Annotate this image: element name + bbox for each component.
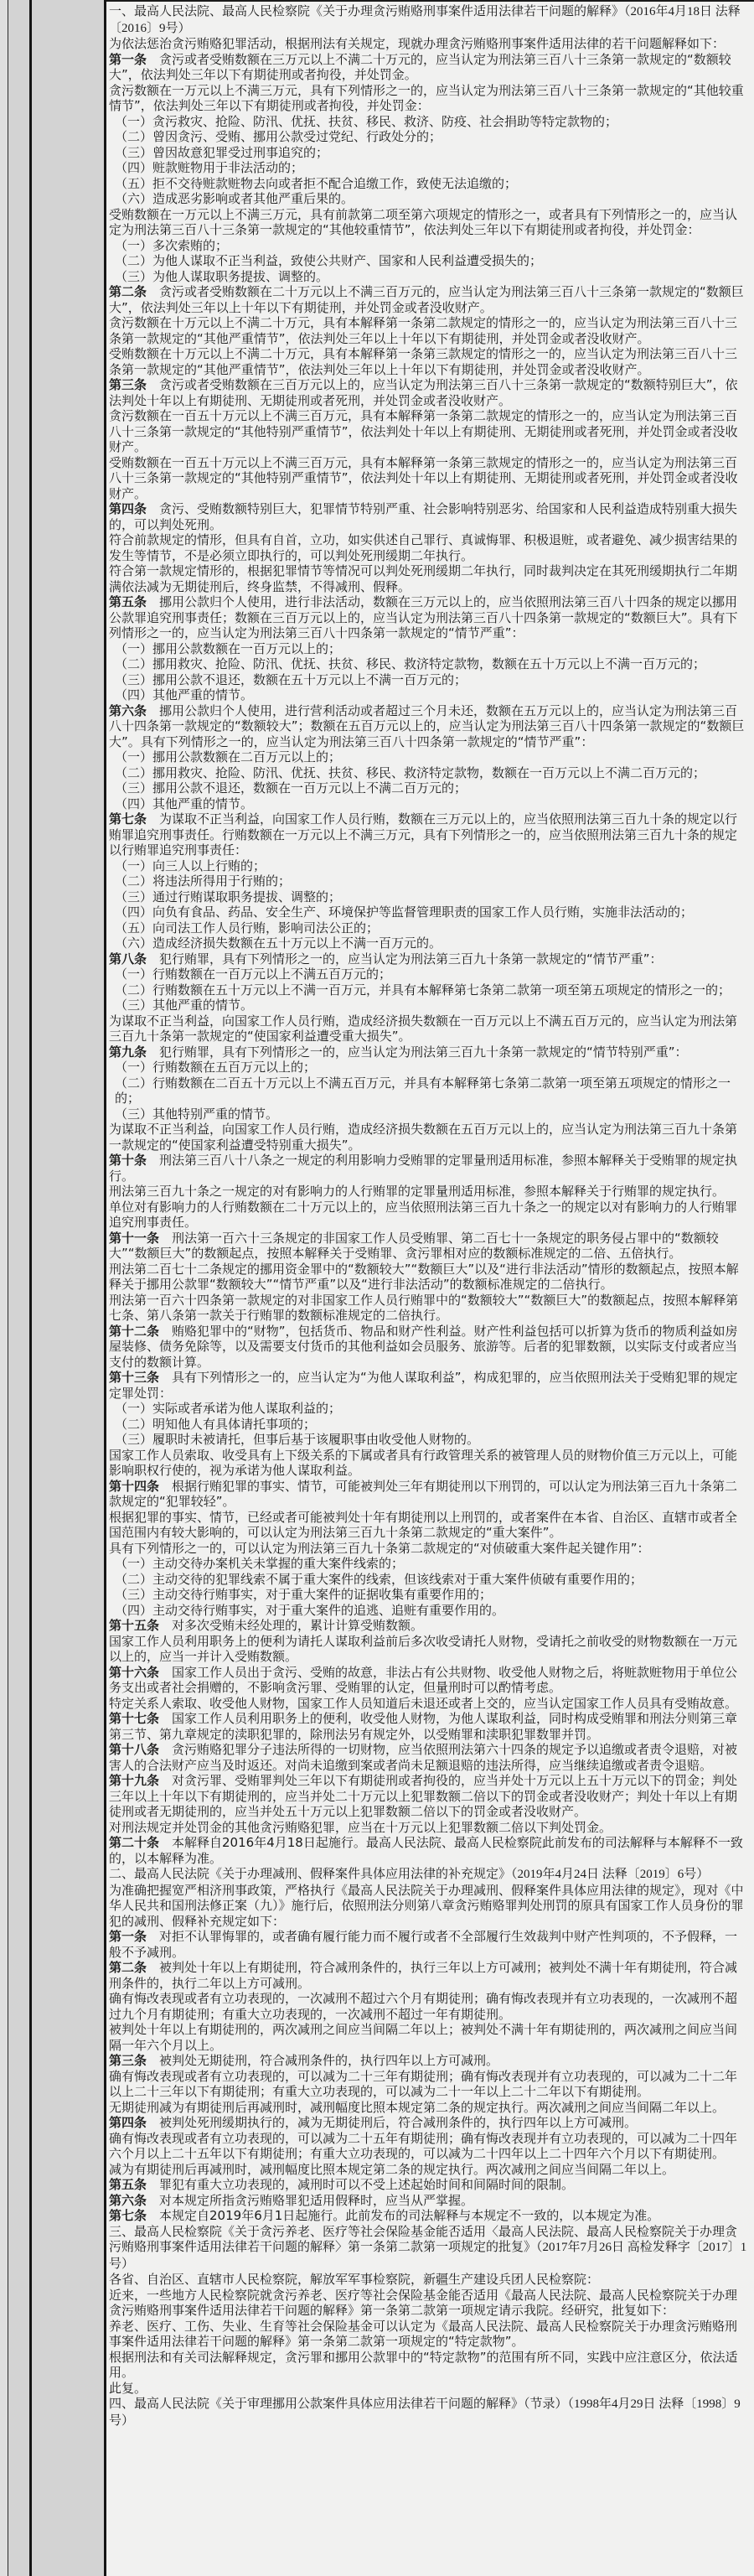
paragraph: 受贿数额在十万元以上不满二十万元，具有本解释第一条第三款规定的情形之一的，应当认… bbox=[109, 346, 747, 377]
article-paragraph: 第十二条 贿赂犯罪中的“财物”，包括货币、物品和财产性利益。财产性利益包括可以折… bbox=[109, 1324, 747, 1371]
article-number: 第一条 bbox=[109, 52, 147, 67]
article-paragraph: 第十三条 具有下列情形之一的，应当认定为“为他人谋取利益”，构成犯罪的，应当依照… bbox=[109, 1370, 747, 1401]
paragraph: 为谋取不正当利益，向国家工作人员行贿，造成经济损失数额在一百万元以上不满五百万元… bbox=[109, 1013, 747, 1044]
list-item: （三）主动交待行贿事实，对于重大案件的证据收集有重要作用的； bbox=[109, 1587, 747, 1603]
section-date: （2019年4月24日 法释〔2019〕6号） bbox=[511, 1868, 709, 1881]
article-paragraph: 第十六条 国家工作人员出于贪污、受贿的故意，非法占有公共财物、收受他人财物之后，… bbox=[109, 1665, 747, 1696]
article-number: 第六条 bbox=[109, 703, 147, 718]
paragraph: 无期徒刑减为有期徒刑后再减刑时，减刑幅度比照本规定第二条的规定执行。两次减刑之间… bbox=[109, 2100, 747, 2116]
paragraph: 贪污数额在一万元以上不满三万元，具有下列情形之一的，应当认定为刑法第三百八十三条… bbox=[109, 83, 747, 114]
article-number: 第十三条 bbox=[109, 1370, 159, 1385]
list-item: （四）赃款赃物用于非法活动的； bbox=[109, 160, 747, 176]
article-paragraph: 第二十条 本解释自2016年4月18日起施行。最高人民法院、最高人民检察院此前发… bbox=[109, 1835, 747, 1866]
article-number: 第九条 bbox=[109, 1044, 147, 1060]
section-heading: 三、最高人民检察院《关于贪污养老、医疗等社会保险基金能否适用〈最高人民法院、最高… bbox=[109, 2224, 747, 2273]
paragraph: 为准确把握宽严相济刑事政策，严格执行《最高人民法院关于办理减刑、假释案件具体应用… bbox=[109, 1883, 747, 1930]
paragraph: 刑法第二百七十二条规定的挪用资金罪中的“数额较大”“数额巨大”以及“进行非法活动… bbox=[109, 1262, 747, 1293]
article-number: 第二十条 bbox=[109, 1835, 159, 1850]
list-item: （一）多次索贿的； bbox=[109, 238, 747, 254]
table-cell-empty-2 bbox=[32, 0, 106, 2576]
article-paragraph: 第十七条 国家工作人员利用职务上的便利，收受他人财物，为他人谋取利益，同时构成受… bbox=[109, 1711, 747, 1742]
article-number: 第五条 bbox=[109, 2177, 147, 2192]
section-title: 四、最高人民法院《关于审理挪用公款案件具体应用法律若干问题的解释》（节录） bbox=[109, 2396, 568, 2411]
list-item: （四）其他严重的情节。 bbox=[109, 796, 747, 812]
list-item: （二）为他人谋取不正当利益，致使公共财产、国家和人民利益遭受损失的； bbox=[109, 253, 747, 269]
list-item: （三）挪用公款不退还，数额在五十万元以上不满一百万元的； bbox=[109, 672, 747, 688]
article-number: 第十六条 bbox=[109, 1665, 159, 1680]
article-number: 第七条 bbox=[109, 2208, 147, 2223]
paragraph: 确有悔改表现或者有立功表现的，可以减为二十五年有期徒刑；确有悔改表现并有立功表现… bbox=[109, 2131, 747, 2162]
list-item: （六）造成恶劣影响或者其他严重后果的。 bbox=[109, 191, 747, 207]
paragraph: 符合前款规定的情形，但具有自首，立功，如实供述自己罪行、真诚悔罪、积极退赃，或者… bbox=[109, 532, 747, 563]
section-title: 二、最高人民法院《关于办理减刑、假释案件具体应用法律的补充规定》 bbox=[109, 1866, 511, 1881]
paragraph: 受贿数额在一百五十万元以上不满三百万元，具有本解释第一条第三款规定的情形之一的，… bbox=[109, 455, 747, 502]
article-paragraph: 第二条 贪污或者受贿数额在二十万元以上不满三百万元的，应当认定为刑法第三百八十三… bbox=[109, 284, 747, 315]
article-number: 第七条 bbox=[109, 811, 147, 827]
paragraph: 确有悔改表现或者有立功表现的，可以减为二十三年有期徒刑；确有悔改表现并有立功表现… bbox=[109, 2069, 747, 2100]
article-paragraph: 第十九条 对贪污罪、受贿罪判处三年以下有期徒刑或者拘役的，应当并处十万元以上五十… bbox=[109, 1773, 747, 1820]
article-paragraph: 第四条 贪污、受贿数额特别巨大，犯罪情节特别严重、社会影响特别恶劣、给国家和人民… bbox=[109, 501, 747, 532]
article-number: 第三条 bbox=[109, 377, 147, 392]
article-paragraph: 第六条 挪用公款归个人使用，进行营利活动或者超过三个月未还，数额在五万元以上的，… bbox=[109, 703, 747, 750]
article-number: 第十五条 bbox=[109, 1618, 159, 1633]
paragraph: 养老、医疗、工伤、失业、生育等社会保险基金可以认定为《最高人民法院、最高人民检察… bbox=[109, 2319, 747, 2350]
paragraph: 具有下列情形之一的，可以认定为刑法第三百九十条第二款规定的“对侦破重大案件起关键… bbox=[109, 1541, 747, 1557]
list-item: （六）造成经济损失数额在五十万元以上不满一百万元的。 bbox=[109, 936, 747, 951]
paragraph: 刑法第三百九十条之一规定的对有影响力的人行贿罪的定罪量刑适用标准，参照本解释关于… bbox=[109, 1184, 747, 1200]
paragraph: 受贿数额在一万元以上不满三万元，具有前款第二项至第六项规定的情形之一，或者具有下… bbox=[109, 207, 747, 238]
list-item: （三）履职时未被请托，但事后基于该履职事由收受他人财物的。 bbox=[109, 1432, 747, 1448]
article-number: 第十二条 bbox=[109, 1324, 159, 1339]
article-number: 第二条 bbox=[109, 284, 147, 299]
article-paragraph: 第七条 本规定自2019年6月1日起施行。此前发布的司法解释与本规定不一致的，以… bbox=[109, 2208, 747, 2224]
article-paragraph: 第一条 对拒不认罪悔罪的，或者确有履行能力而不履行或者不全部履行生效裁判中财产性… bbox=[109, 1929, 747, 1960]
article-number: 第十八条 bbox=[109, 1742, 159, 1757]
article-number: 第十四条 bbox=[109, 1479, 159, 1494]
list-item: （一）挪用公款数额在一百万元以上的； bbox=[109, 641, 747, 657]
article-number: 第四条 bbox=[109, 2115, 147, 2130]
list-item: （一）行贿数额在一百万元以上不满五百万元的； bbox=[109, 967, 747, 982]
article-number: 第二条 bbox=[109, 1960, 147, 1975]
article-number: 第三条 bbox=[109, 2053, 147, 2068]
table-cell-margin bbox=[0, 0, 8, 2576]
list-item: （一）挪用公款数额在二百万元以上的； bbox=[109, 749, 747, 765]
list-item: （二）主动交待的犯罪线索不属于重大案件的线索，但该线索对于重大案件侦破有重要作用… bbox=[109, 1572, 747, 1588]
article-number: 第八条 bbox=[109, 951, 147, 967]
list-item: （三）挪用公款不退还，数额在一百万元以上不满二百万元的； bbox=[109, 780, 747, 796]
list-item: （一）行贿数额在五百万元以上的； bbox=[109, 1060, 747, 1075]
list-item: （四）向负有食品、药品、安全生产、环境保护等监督管理职责的国家工作人员行贿，实施… bbox=[109, 904, 747, 920]
article-paragraph: 第二条 被判处十年以上有期徒刑，符合减刑条件的，执行三年以上方可减刑；被判处不满… bbox=[109, 1960, 747, 1991]
paragraph: 对刑法规定并处罚金的其他贪污贿赂犯罪，应当在十万元以上犯罪数额二倍以下判处罚金。 bbox=[109, 1820, 747, 1836]
list-item: （三）其他特别严重的情节。 bbox=[109, 1107, 747, 1122]
paragraph: 被判处十年以上有期徒刑的，两次减刑之间应当间隔二年以上；被判处不满十年有期徒刑的… bbox=[109, 2022, 747, 2053]
list-item: （三）其他严重的情节。 bbox=[109, 998, 747, 1013]
article-paragraph: 第十四条 根据行贿犯罪的事实、情节，可能被判处三年有期徒刑以下刑罚的，可以认定为… bbox=[109, 1479, 747, 1510]
paragraph: 为谋取不正当利益，向国家工作人员行贿，造成经济损失数额在五百万元以上的，应当认定… bbox=[109, 1122, 747, 1153]
paragraph: 贪污数额在一百五十万元以上不满三百万元，具有本解释第一条第二款规定的情形之一的，… bbox=[109, 408, 747, 455]
paragraph: 刑法第一百六十四条第一款规定的对非国家工作人员行贿罪中的“数额较大”“数额巨大”… bbox=[109, 1293, 747, 1324]
list-item: （四）其他严重的情节。 bbox=[109, 687, 747, 703]
paragraph: 此复。 bbox=[109, 2381, 747, 2397]
paragraph: 为依法惩治贪污贿赂犯罪活动，根据刑法有关规定，现就办理贪污贿赂刑事案件适用法律的… bbox=[109, 36, 747, 52]
article-paragraph: 第七条 为谋取不正当利益，向国家工作人员行贿，数额在三万元以上的，应当依照刑法第… bbox=[109, 811, 747, 858]
article-paragraph: 第四条 被判处死刑缓期执行的，减为无期徒刑后，符合减刑条件的，执行四年以上方可减… bbox=[109, 2115, 747, 2131]
table-cell-content: 一、最高人民法院、最高人民检察院《关于办理贪污贿赂刑事案件适用法律若干问题的解释… bbox=[106, 0, 754, 2576]
list-item: （二）行贿数额在二百五十万元以上不满五百万元，并具有本解释第七条第二款第一项至第… bbox=[109, 1075, 747, 1107]
list-item: （一）贪污救灾、抢险、防汛、优抚、扶贫、移民、救济、防疫、社会捐助等特定款物的； bbox=[109, 114, 747, 130]
article-paragraph: 第九条 犯行贿罪，具有下列情形之一的，应当认定为刑法第三百九十条第一款规定的“情… bbox=[109, 1044, 747, 1060]
list-item: （五）向司法工作人员行贿，影响司法公正的； bbox=[109, 920, 747, 936]
list-item: （二）挪用救灾、抢险、防汛、优抚、扶贫、移民、救济特定款物，数额在一百万元以上不… bbox=[109, 765, 747, 781]
article-paragraph: 第三条 贪污或者受贿数额在三百万元以上的，应当认定为刑法第三百八十三条第一款规定… bbox=[109, 377, 747, 408]
article-paragraph: 第六条 对本规定所指贪污贿赂罪犯适用假释时，应当从严掌握。 bbox=[109, 2193, 747, 2209]
paragraph: 减为有期徒刑后再减刑时，减刑幅度比照本规定第二条的规定执行。两次减刑之间应当间隔… bbox=[109, 2162, 747, 2178]
list-item: （四）主动交待行贿事实，对于重大案件的追逃、追赃有重要作用的。 bbox=[109, 1603, 747, 1619]
list-item: （二）行贿数额在五十万元以上不满一百万元，并具有本解释第七条第二款第一项至第五项… bbox=[109, 982, 747, 998]
article-paragraph: 第十八条 贪污贿赂犯罪分子违法所得的一切财物，应当依照刑法第六十四条的规定予以追… bbox=[109, 1742, 747, 1773]
list-item: （五）拒不交待赃款赃物去向或者拒不配合追缴工作，致使无法追缴的； bbox=[109, 176, 747, 192]
list-item: （一）主动交待办案机关未掌握的重大案件线索的； bbox=[109, 1556, 747, 1572]
list-item: （二）将违法所得用于行贿的； bbox=[109, 873, 747, 889]
article-number: 第十七条 bbox=[109, 1711, 159, 1726]
paragraph: 确有悔改表现或者有立功表现的，一次减刑不超过六个月有期徒刑；确有悔改表现并有立功… bbox=[109, 1991, 747, 2022]
paragraph: 贪污数额在十万元以上不满二十万元，具有本解释第一条第二款规定的情形之一的，应当认… bbox=[109, 315, 747, 346]
article-paragraph: 第一条 贪污或者受贿数额在三万元以上不满二十万元的，应当认定为刑法第三百八十三条… bbox=[109, 52, 747, 83]
article-paragraph: 第三条 被判处无期徒刑，符合减刑条件的，执行四年以上方可减刑。 bbox=[109, 2053, 747, 2069]
list-item: （一）实际或者承诺为他人谋取利益的； bbox=[109, 1401, 747, 1417]
article-number: 第四条 bbox=[109, 501, 147, 516]
list-item: （二）明知他人有具体请托事项的； bbox=[109, 1417, 747, 1433]
paragraph: 特定关系人索取、收受他人财物，国家工作人员知道后未退还或者上交的，应当认定国家工… bbox=[109, 1696, 747, 1712]
document-table-row: 一、最高人民法院、最高人民检察院《关于办理贪污贿赂刑事案件适用法律若干问题的解释… bbox=[0, 0, 754, 2576]
article-number: 第五条 bbox=[109, 594, 147, 609]
paragraph: 近来，一些地方人民检察院就贪污养老、医疗等社会保险基金能否适用《最高人民法院、最… bbox=[109, 2288, 747, 2319]
section-heading: 二、最高人民法院《关于办理减刑、假释案件具体应用法律的补充规定》（2019年4月… bbox=[109, 1866, 747, 1883]
list-item: （二）曾因贪污、受贿、挪用公款受过党纪、行政处分的； bbox=[109, 129, 747, 145]
list-item: （二）挪用救灾、抢险、防汛、优抚、扶贫、移民、救济特定款物，数额在五十万元以上不… bbox=[109, 656, 747, 672]
section-title: 一、最高人民法院、最高人民检察院《关于办理贪污贿赂刑事案件适用法律若干问题的解释… bbox=[109, 3, 624, 18]
list-item: （一）向三人以上行贿的； bbox=[109, 858, 747, 874]
list-item: （三）通过行贿谋取职务提拔、调整的； bbox=[109, 889, 747, 905]
paragraph: 根据犯罪的事实、情节，已经或者可能被判处十年有期徒刑以上刑罚的，或者案件在本省、… bbox=[109, 1510, 747, 1541]
table-cell-empty-1 bbox=[8, 0, 32, 2576]
article-paragraph: 第十一条 刑法第一百六十三条规定的非国家工作人员受贿罪、第二百七十一条规定的职务… bbox=[109, 1231, 747, 1262]
article-paragraph: 第十五条 对多次受贿未经处理的，累计计算受贿数额。 bbox=[109, 1618, 747, 1634]
list-item: （三）为他人谋取职务提拔、调整的。 bbox=[109, 269, 747, 285]
legal-text: 一、最高人民法院、最高人民检察院《关于办理贪污贿赂刑事案件适用法律若干问题的解释… bbox=[109, 3, 747, 2428]
article-number: 第十条 bbox=[109, 1153, 147, 1168]
paragraph: 国家工作人员利用职务上的便利为请托人谋取利益前后多次收受请托人财物，受请托之前收… bbox=[109, 1634, 747, 1665]
article-paragraph: 第八条 犯行贿罪，具有下列情形之一的，应当认定为刑法第三百九十条第一款规定的“情… bbox=[109, 951, 747, 967]
paragraph: 符合第一款规定情形的，根据犯罪情节等情况可以判处死刑缓期二年执行，同时裁判决定在… bbox=[109, 563, 747, 594]
section-heading: 四、最高人民法院《关于审理挪用公款案件具体应用法律若干问题的解释》（节录）（19… bbox=[109, 2396, 747, 2428]
article-number: 第一条 bbox=[109, 1929, 147, 1944]
section-heading: 一、最高人民法院、最高人民检察院《关于办理贪污贿赂刑事案件适用法律若干问题的解释… bbox=[109, 3, 747, 36]
paragraph: 各省、自治区、直辖市人民检察院，解放军军事检察院，新疆生产建设兵团人民检察院： bbox=[109, 2272, 747, 2288]
article-paragraph: 第十条 刑法第三百八十八条之一规定的利用影响力受贿罪的定罪量刑适用标准，参照本解… bbox=[109, 1153, 747, 1184]
paragraph: 国家工作人员索取、收受具有上下级关系的下属或者具有行政管理关系的被管理人员的财物… bbox=[109, 1448, 747, 1479]
article-number: 第十九条 bbox=[109, 1773, 159, 1788]
article-paragraph: 第五条 挪用公款归个人使用，进行非法活动，数额在三万元以上的，应当依照刑法第三百… bbox=[109, 594, 747, 641]
article-number: 第六条 bbox=[109, 2193, 147, 2208]
article-paragraph: 第五条 罪犯有重大立功表现的，减刑时可以不受上述起始时间和间隔时间的限制。 bbox=[109, 2177, 747, 2193]
paragraph: 单位对有影响力的人行贿数额在二十万元以上的，应当依照刑法第三百九十条之一的规定以… bbox=[109, 1200, 747, 1231]
article-number: 第十一条 bbox=[109, 1231, 159, 1246]
paragraph: 根据刑法和有关司法解释规定，贪污罪和挪用公款罪中的“特定款物”的范围有所不同，实… bbox=[109, 2350, 747, 2381]
list-item: （三）曾因故意犯罪受过刑事追究的； bbox=[109, 145, 747, 161]
